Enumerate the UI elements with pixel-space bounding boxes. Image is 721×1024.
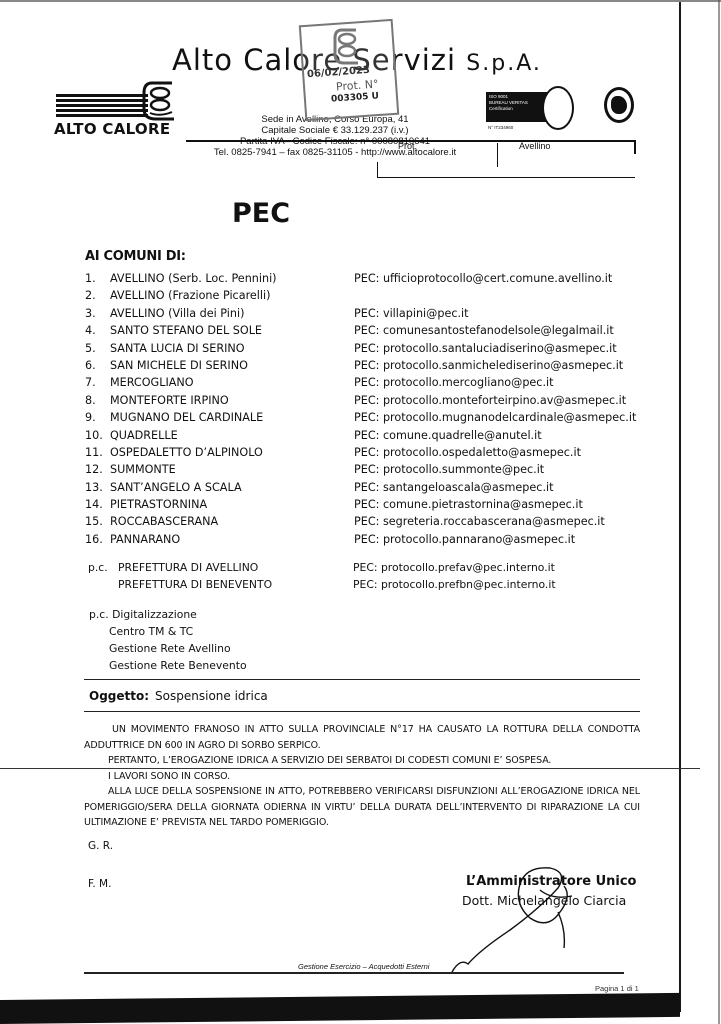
cc-label: p.c.: [88, 559, 108, 576]
recipient-name: ROCCABASCERANA: [110, 513, 218, 530]
document-heading: PEC: [232, 198, 290, 229]
recipient-number: 11.: [85, 444, 103, 461]
recipient-row: 6.SAN MICHELE DI SERINOPEC: protocollo.s…: [85, 357, 675, 374]
recipient-pec: PEC: comune.pietrastornina@asmepec.it: [354, 496, 583, 513]
recipient-number: 2.: [85, 287, 96, 304]
recipient-number: 16.: [85, 531, 103, 548]
paragraph: UN MOVIMENTO FRANOSO IN ATTO SULLA PROVI…: [84, 722, 640, 753]
recipient-name: OSPEDALETTO D’ALPINOLO: [110, 444, 263, 461]
page-number: Pagina 1 di 1: [595, 984, 639, 993]
stamp-logo-icon: [332, 26, 360, 66]
protocol-box-bottom: [377, 177, 635, 178]
company-logo-icon: [142, 79, 176, 121]
footer-divider: [84, 972, 624, 974]
cc-recipient-pec: PEC: protocollo.prefav@pec.interno.it: [353, 559, 555, 576]
bureau-veritas-seal-icon: [542, 86, 574, 130]
author-initials: G. R.: [88, 840, 113, 852]
recipient-number: 7.: [85, 374, 96, 391]
cert-number: N° IT234960: [488, 125, 513, 130]
recipient-row: 7.MERCOGLIANOPEC: protocollo.mercogliano…: [85, 374, 675, 391]
company-info: Sede in Avellino, Corso Europa, 41 Capit…: [195, 114, 475, 158]
cc-label: p.c.: [89, 608, 109, 621]
recipient-name: SANT’ANGELO A SCALA: [110, 479, 242, 496]
paragraph: ALLA LUCE DELLA SOSPENSIONE IN ATTO, POT…: [84, 784, 640, 831]
scan-edge-top: [0, 0, 721, 2]
recipient-number: 4.: [85, 322, 96, 339]
recipient-name: SANTA LUCIA DI SERINO: [110, 340, 245, 357]
recipient-pec: PEC: segreteria.roccabascerana@asmepec.i…: [354, 513, 605, 530]
subject-text: Sospensione idrica: [155, 689, 268, 703]
handwritten-signature-icon: [440, 860, 590, 980]
recipient-name: SAN MICHELE DI SERINO: [110, 357, 248, 374]
place-label: Avellino: [519, 141, 550, 151]
recipient-row: 5.SANTA LUCIA DI SERINOPEC: protocollo.s…: [85, 340, 675, 357]
recipient-pec: PEC: protocollo.ospedaletto@asmepec.it: [354, 444, 581, 461]
recipient-pec: PEC: protocollo.sanmichelediserino@asmep…: [354, 357, 623, 374]
recipient-row: 1.AVELLINO (Serb. Loc. Pennini)PEC: uffi…: [85, 270, 675, 287]
recipient-name: SANTO STEFANO DEL SOLE: [110, 322, 262, 339]
recipient-name: AVELLINO (Serb. Loc. Pennini): [110, 270, 277, 287]
recipient-row: 11.OSPEDALETTO D’ALPINOLOPEC: protocollo…: [85, 444, 675, 461]
recipient-row: 10.QUADRELLEPEC: comune.quadrelle@anutel…: [85, 427, 675, 444]
recipient-name: MERCOGLIANO: [110, 374, 194, 391]
editor-initials: F. M.: [88, 878, 111, 890]
recipient-number: 13.: [85, 479, 103, 496]
cc-internal-item: Gestione Rete Benevento: [89, 657, 247, 674]
recipient-list: 1.AVELLINO (Serb. Loc. Pennini)PEC: uffi…: [85, 270, 675, 548]
company-capital: Capitale Sociale € 33.129.237 (i.v.): [195, 125, 475, 136]
scan-shadow: [0, 993, 680, 1024]
recipient-row: 9.MUGNANO DEL CARDINALEPEC: protocollo.m…: [85, 409, 675, 426]
recipient-pec: PEC: ufficioprotocollo@cert.comune.avell…: [354, 270, 612, 287]
company-suffix: S.p.A.: [466, 51, 542, 76]
letter-body: UN MOVIMENTO FRANOSO IN ATTO SULLA PROVI…: [84, 722, 640, 831]
recipient-name: PIETRASTORNINA: [110, 496, 207, 513]
recipient-number: 9.: [85, 409, 96, 426]
recipient-number: 12.: [85, 461, 103, 478]
recipient-name: SUMMONTE: [110, 461, 176, 478]
recipient-row: 14.PIETRASTORNINAPEC: comune.pietrastorn…: [85, 496, 675, 513]
company-contacts: Tel. 0825-7941 – fax 0825-31105 - http:/…: [195, 147, 475, 158]
recipient-number: 15.: [85, 513, 103, 530]
cc-internal: p.c. Digitalizzazione Centro TM & TC Ges…: [89, 606, 247, 674]
recipient-name: MONTEFORTE IRPINO: [110, 392, 229, 409]
recipient-row: 16.PANNARANOPEC: protocollo.pannarano@as…: [85, 531, 675, 548]
subject-line: Oggetto:Sospensione idrica: [89, 689, 268, 703]
recipient-pec: PEC: protocollo.mercogliano@pec.it: [354, 374, 554, 391]
recipient-number: 1.: [85, 270, 96, 287]
cc-prefetture: p.c. PREFETTURA DI AVELLINO PEC: protoco…: [88, 559, 678, 593]
recipient-number: 6.: [85, 357, 96, 374]
recipient-pec: PEC: protocollo.pannarano@asmepec.it: [354, 531, 575, 548]
cc-internal-item: Gestione Rete Avellino: [89, 640, 247, 657]
recipient-number: 10.: [85, 427, 103, 444]
recipient-row: 12.SUMMONTEPEC: protocollo.summonte@pec.…: [85, 461, 675, 478]
recipient-pec: PEC: protocollo.mugnanodelcardinale@asme…: [354, 409, 636, 426]
recipient-pec: PEC: santangeloascala@asmepec.it: [354, 479, 554, 496]
recipient-row: 3.AVELLINO (Villa dei Pini)PEC: villapin…: [85, 305, 675, 322]
footer-department: Gestione Esercizio – Acquedotti Esterni: [298, 962, 429, 971]
company-logo-lines: [56, 94, 148, 122]
recipient-row: 4.SANTO STEFANO DEL SOLEPEC: comunesanto…: [85, 322, 675, 339]
recipient-row: 2.AVELLINO (Frazione Picarelli): [85, 287, 675, 304]
company-logo-text: ALTO CALORE: [54, 120, 170, 138]
protocol-box-left: [377, 162, 378, 178]
recipient-number: 5.: [85, 340, 96, 357]
recipients-heading: AI COMUNI DI:: [85, 249, 186, 264]
recipient-row: 15.ROCCABASCERANAPEC: segreteria.roccaba…: [85, 513, 675, 530]
recipient-number: 3.: [85, 305, 96, 322]
header-right-tick: [634, 140, 636, 154]
cc-internal-item: Digitalizzazione: [112, 608, 197, 621]
recipient-row: 13.SANT’ANGELO A SCALAPEC: santangeloasc…: [85, 479, 675, 496]
recipient-name: QUADRELLE: [110, 427, 178, 444]
cc-recipient-name: PREFETTURA DI AVELLINO: [118, 559, 258, 576]
recipient-pec: PEC: protocollo.monteforteirpino.av@asme…: [354, 392, 626, 409]
recipient-name: AVELLINO (Frazione Picarelli): [110, 287, 271, 304]
subject-label: Oggetto:: [89, 689, 149, 703]
recipient-pec: PEC: villapini@pec.it: [354, 305, 469, 322]
recipient-number: 14.: [85, 496, 103, 513]
protocol-box-divider: [497, 143, 498, 167]
protocol-label: Prot.: [398, 141, 417, 151]
cc-recipient-name: PREFETTURA DI BENEVENTO: [118, 576, 272, 593]
recipient-row: 8.MONTEFORTE IRPINOPEC: protocollo.monte…: [85, 392, 675, 409]
subject-rule-bottom: [84, 711, 640, 712]
cc-recipient-pec: PEC: protocollo.prefbn@pec.interno.it: [353, 576, 556, 593]
paragraph: I LAVORI SONO IN CORSO.: [84, 769, 640, 785]
cc-internal-item: Centro TM & TC: [89, 623, 247, 640]
scan-edge-right: [718, 0, 720, 1024]
recipient-pec: PEC: protocollo.summonte@pec.it: [354, 461, 544, 478]
scan-line-artifact: [0, 768, 700, 769]
recipient-name: PANNARANO: [110, 531, 180, 548]
page-right-edge: [679, 2, 681, 1012]
paragraph: PERTANTO, L’EROGAZIONE IDRICA A SERVIZIO…: [84, 753, 640, 769]
recipient-name: AVELLINO (Villa dei Pini): [110, 305, 244, 322]
recipient-number: 8.: [85, 392, 96, 409]
italy-map-icon: [611, 96, 627, 114]
recipient-pec: PEC: comunesantostefanodelsole@legalmail…: [354, 322, 614, 339]
subject-rule-top: [84, 679, 640, 680]
recipient-pec: PEC: comune.quadrelle@anutel.it: [354, 427, 542, 444]
recipient-name: MUGNANO DEL CARDINALE: [110, 409, 263, 426]
recipient-pec: PEC: protocollo.santaluciadiserino@asmep…: [354, 340, 617, 357]
